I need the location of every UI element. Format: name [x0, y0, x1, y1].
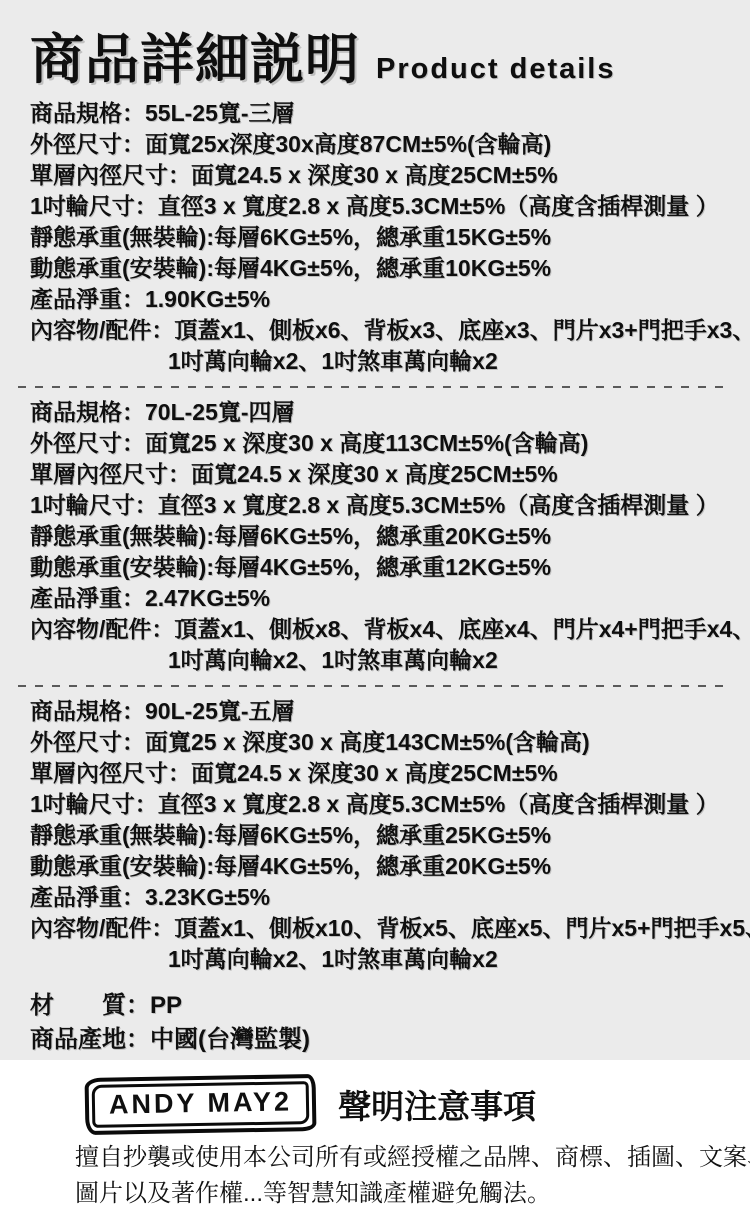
spec-line: 靜態承重(無裝輪):每層6KG±5%，總承重25KG±5%: [30, 820, 732, 851]
spec-line: 產品淨重：2.47KG±5%: [30, 583, 732, 614]
origin-line: 商品產地：中國(台灣監製): [30, 1023, 732, 1057]
spec-line: 動態承重(安裝輪):每層4KG±5%，總承重12KG±5%: [30, 552, 732, 583]
spec-line: 1吋萬向輪x2、1吋煞車萬向輪x2: [30, 645, 732, 676]
spec-line: 商品規格：55L-25寬-三層: [30, 98, 732, 129]
spec-line: 單層內徑尺寸：面寬24.5 x 深度30 x 高度25CM±5%: [30, 758, 732, 789]
spec-line: 1吋輪尺寸：直徑3 x 寬度2.8 x 高度5.3CM±5%（高度含插桿測量 ）: [30, 191, 732, 222]
spec-section-70l: 商品規格：70L-25寬-四層外徑尺寸：面寬25 x 深度30 x 高度113C…: [30, 397, 732, 676]
page-title-zh: 商品詳細説明: [30, 30, 360, 90]
spec-line: 產品淨重：3.23KG±5%: [30, 882, 732, 913]
spec-section-90l: 商品規格：90L-25寬-五層外徑尺寸：面寬25 x 深度30 x 高度143C…: [30, 696, 732, 975]
andymay2-logo-text: ANDY MAY2: [92, 1081, 310, 1128]
notice-header: ANDY MAY2 聲明注意事項: [85, 1076, 750, 1133]
spec-line: 靜態承重(無裝輪):每層6KG±5%，總承重20KG±5%: [30, 521, 732, 552]
general-info: 材 質：PP 商品產地：中國(台灣監製): [30, 989, 732, 1057]
spec-line: 外徑尺寸：面寬25 x 深度30 x 高度113CM±5%(含輪高): [30, 428, 732, 459]
spec-line: 動態承重(安裝輪):每層4KG±5%，總承重20KG±5%: [30, 851, 732, 882]
page-title: 商品詳細説明 Product details: [30, 30, 732, 90]
spec-line: 1吋輪尺寸：直徑3 x 寬度2.8 x 高度5.3CM±5%（高度含插桿測量 ）: [30, 789, 732, 820]
material-line: 材 質：PP: [30, 989, 732, 1023]
product-details-panel: 商品詳細説明 Product details 商品規格：55L-25寬-三層外徑…: [0, 0, 750, 1060]
spec-line: 1吋萬向輪x2、1吋煞車萬向輪x2: [30, 944, 732, 975]
spec-line: 內容物/配件：頂蓋x1、側板x8、背板x4、底座x4、門片x4+門把手x4、: [30, 614, 732, 645]
disclaimer-line: 擅自抄襲或使用本公司所有或經授權之品牌、商標、插圖、文案、: [75, 1140, 750, 1176]
spec-line: 單層內徑尺寸：面寬24.5 x 深度30 x 高度25CM±5%: [30, 459, 732, 490]
andymay2-logo: ANDY MAY2: [85, 1074, 317, 1135]
spec-line: 單層內徑尺寸：面寬24.5 x 深度30 x 高度25CM±5%: [30, 160, 732, 191]
spec-line: 商品規格：70L-25寬-四層: [30, 397, 732, 428]
spec-line: 外徑尺寸：面寬25 x 深度30 x 高度143CM±5%(含輪高): [30, 727, 732, 758]
spec-section-55l: 商品規格：55L-25寬-三層外徑尺寸：面寬25x深度30x高度87CM±5%(…: [30, 98, 732, 377]
spec-line: 動態承重(安裝輪):每層4KG±5%，總承重10KG±5%: [30, 253, 732, 284]
section-divider: [18, 685, 732, 687]
spec-line: 內容物/配件：頂蓋x1、側板x10、背板x5、底座x5、門片x5+門把手x5、: [30, 913, 732, 944]
spec-line: 產品淨重：1.90KG±5%: [30, 284, 732, 315]
section-divider: [18, 386, 732, 388]
notice-footer: ANDY MAY2 聲明注意事項 擅自抄襲或使用本公司所有或經授權之品牌、商標、…: [0, 1060, 750, 1213]
spec-line: 1吋輪尺寸：直徑3 x 寬度2.8 x 高度5.3CM±5%（高度含插桿測量 ）: [30, 490, 732, 521]
spec-line: 內容物/配件：頂蓋x1、側板x6、背板x3、底座x3、門片x3+門把手x3、: [30, 315, 732, 346]
spec-line: 商品規格：90L-25寬-五層: [30, 696, 732, 727]
disclaimer-line: 圖片以及著作權...等智慧知識產權避免觸法。: [75, 1176, 750, 1212]
page-title-en: Product details: [376, 53, 616, 86]
disclaimer-text: 擅自抄襲或使用本公司所有或經授權之品牌、商標、插圖、文案、圖片以及著作權...等…: [75, 1140, 750, 1212]
notice-title: 聲明注意事項: [338, 1081, 536, 1128]
spec-line: 外徑尺寸：面寬25x深度30x高度87CM±5%(含輪高): [30, 129, 732, 160]
spec-line: 1吋萬向輪x2、1吋煞車萬向輪x2: [30, 346, 732, 377]
spec-line: 靜態承重(無裝輪):每層6KG±5%，總承重15KG±5%: [30, 222, 732, 253]
